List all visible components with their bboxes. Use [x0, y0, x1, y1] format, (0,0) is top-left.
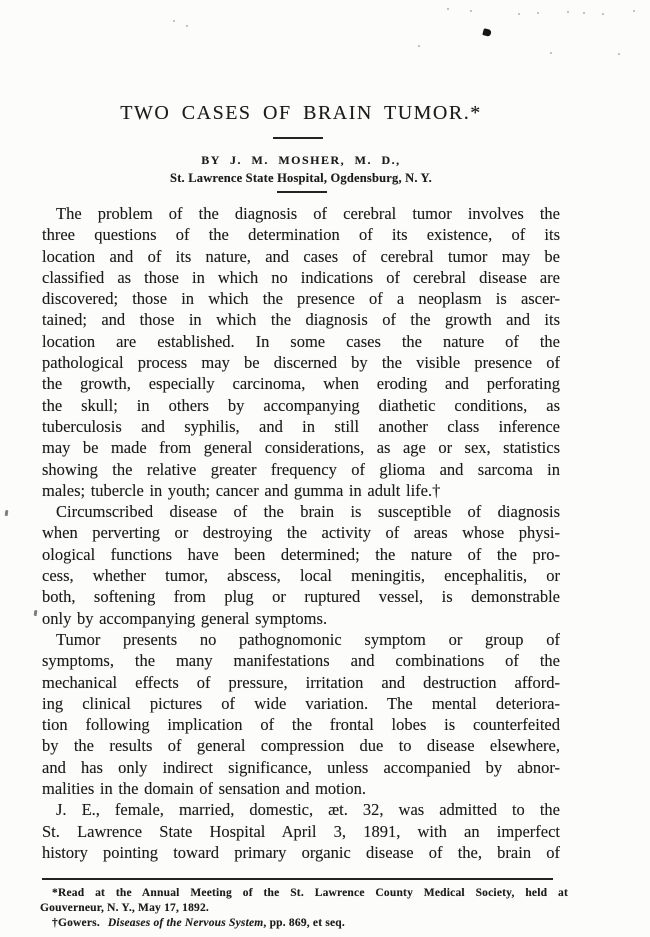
text-line: location are established. In some cases … [42, 331, 560, 352]
text-line: the growth, especially carcinoma, when e… [42, 373, 560, 394]
footnote-line: Gouverneur, N. Y., May 17, 1892. [40, 901, 568, 916]
text-line: discovered; those in which the presence … [42, 288, 560, 309]
paragraph-4: J. E., female, married, domestic, æt. 32… [42, 799, 560, 863]
text-line: pathological process may be discerned by… [42, 352, 560, 373]
text-line: classified as those in which no indicati… [42, 267, 560, 288]
scanned-journal-page: TWO CASES OF BRAIN TUMOR.* BY J. M. MOSH… [0, 0, 650, 937]
footnote-ref-suffix: , pp. 869, et seq. [263, 917, 345, 929]
footnote-book-title: Diseases of the Nervous System [108, 917, 264, 929]
text-line: the skull; in others by accompanying dia… [42, 395, 560, 416]
text-line: symptoms, the many manifestations and co… [42, 650, 560, 671]
author-affiliation: St. Lawrence State Hospital, Ogdensburg,… [42, 171, 560, 186]
scan-speck [583, 12, 585, 14]
text-line: mechanical effects of pressure, irritati… [42, 672, 560, 693]
text-line: tion following implication of the fronta… [42, 714, 560, 735]
text-line: ological functions have been determined;… [42, 544, 560, 565]
footnote-line: †Gowers.Diseases of the Nervous System, … [40, 916, 568, 931]
text-line: may be made from general considerations,… [42, 437, 560, 458]
margin-mark [5, 510, 9, 516]
paragraph-1: The problem of the diagnosis of cerebral… [42, 203, 560, 501]
text-line: St. Lawrence State Hospital April 3, 189… [42, 821, 560, 842]
scan-speck [518, 13, 520, 15]
text-line: Circumscribed disease of the brain is su… [42, 501, 560, 522]
text-line: by the results of general compression du… [42, 735, 560, 756]
text-line: location and of its nature, and cases of… [42, 246, 560, 267]
scan-speck [186, 25, 188, 27]
text-line: malities in the domain of sensation and … [42, 778, 560, 799]
page-title: TWO CASES OF BRAIN TUMOR.* [42, 102, 560, 125]
footnote-line: *Read at the Annual Meeting of the St. L… [40, 886, 568, 901]
scan-speck [470, 10, 472, 12]
text-line: ing clinical pictures of wide variation.… [42, 693, 560, 714]
text-line: showing the relative greater frequency o… [42, 459, 560, 480]
scan-speck [173, 20, 175, 22]
text-line: history pointing toward primary organic … [42, 842, 560, 863]
scan-speck [550, 52, 552, 54]
title-divider-rule [273, 137, 323, 139]
text-line: J. E., female, married, domestic, æt. 32… [42, 799, 560, 820]
text-line: only by accompanying general symptoms. [42, 608, 560, 629]
scan-speck [418, 45, 420, 47]
scan-speck [618, 53, 620, 55]
footnote-ref-prefix: †Gowers. [52, 917, 100, 929]
author-byline: BY J. M. MOSHER, M. D., [42, 153, 560, 168]
text-line: males; tubercle in youth; cancer and gum… [42, 480, 560, 501]
scan-speck [567, 11, 569, 13]
article-body: The problem of the diagnosis of cerebral… [42, 203, 560, 863]
scan-speck [633, 10, 635, 12]
ink-blot [482, 28, 491, 37]
text-line: when perverting or destroying the activi… [42, 522, 560, 543]
text-line: The problem of the diagnosis of cerebral… [42, 203, 560, 224]
text-line: and has only indirect significance, unle… [42, 757, 560, 778]
scan-speck [537, 12, 539, 14]
paragraph-2: Circumscribed disease of the brain is su… [42, 501, 560, 629]
text-line: tuberculosis and syphilis, and in still … [42, 416, 560, 437]
scan-speck [602, 13, 604, 15]
text-line: tained; and those in which the diagnosis… [42, 309, 560, 330]
text-line: cess, whether tumor, abscess, local meni… [42, 565, 560, 586]
text-line: three questions of the determination of … [42, 224, 560, 245]
margin-mark [34, 610, 38, 616]
paragraph-3: Tumor presents no pathognomonic symptom … [42, 629, 560, 799]
footnote-divider-rule [42, 878, 553, 880]
text-line: Tumor presents no pathognomonic symptom … [42, 629, 560, 650]
scan-speck [447, 8, 449, 10]
footnotes: *Read at the Annual Meeting of the St. L… [40, 886, 568, 932]
byline-divider-rule [277, 191, 327, 193]
text-line: both, softening from plug or ruptured ve… [42, 586, 560, 607]
